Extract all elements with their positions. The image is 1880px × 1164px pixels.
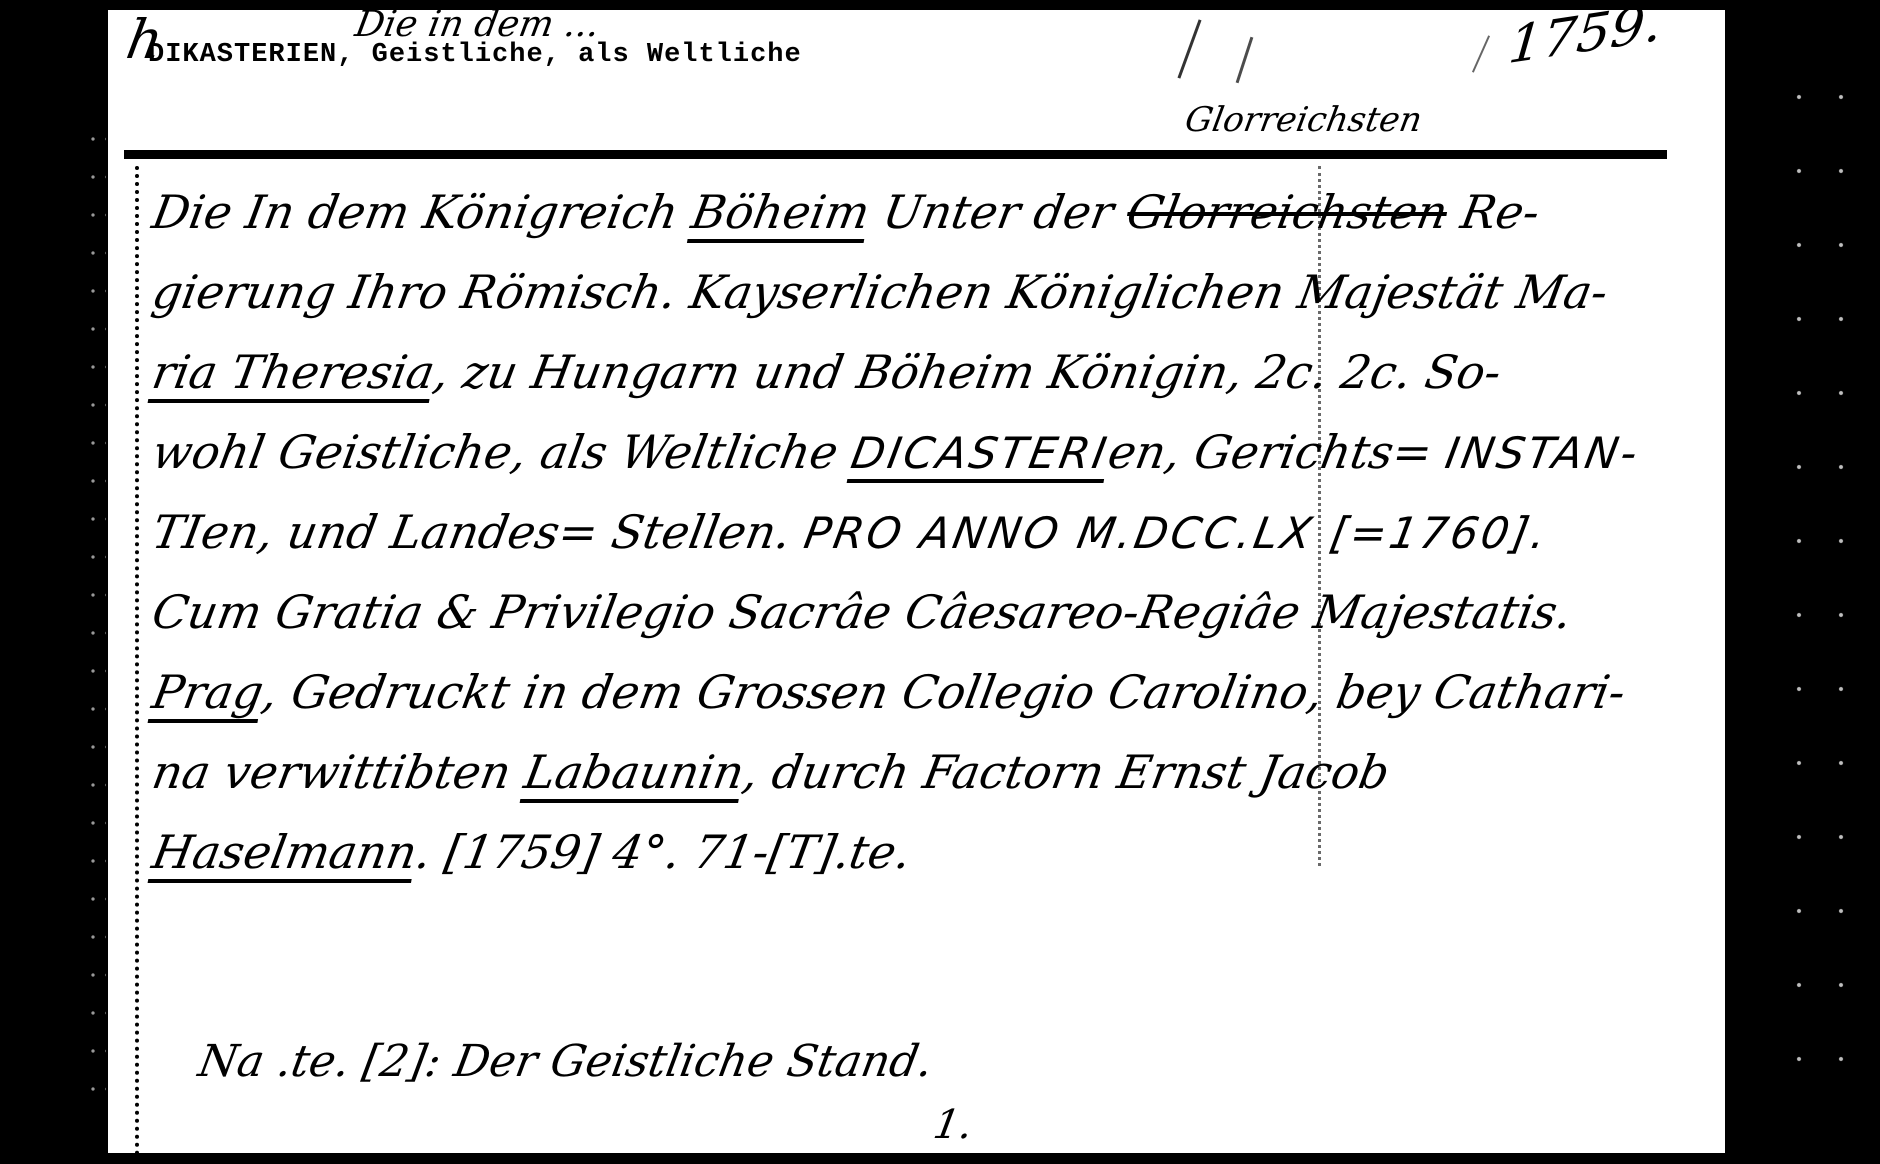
text-segment: , Gerichts=	[1161, 425, 1451, 479]
handwritten-line-7: Prag, Gedruckt in dem Grossen Collegio C…	[146, 652, 1632, 732]
handwritten-line-2: gierung Ihro Römisch. Kayserlichen König…	[146, 252, 1614, 332]
text-segment: Cum Gratia & Privilegio Sacrâe Câesareo-…	[148, 585, 1576, 639]
text-segment: wohl Geistliche, als Weltliche	[148, 425, 857, 479]
text-segment-underlined: Haselmann	[148, 825, 421, 879]
scan-noise-right	[1778, 60, 1862, 1100]
left-margin-line	[135, 166, 139, 1156]
handwritten-line-5: TIen, und Landes= Stellen. PRO ANNO M.DC…	[146, 492, 1556, 572]
text-segment-underlined: ria Theresia	[148, 345, 439, 399]
text-segment-latin: PRO ANNO M.DCC.LX [=1760].	[800, 509, 1552, 559]
text-segment-latin-underlined: DICASTERI	[847, 429, 1113, 479]
text-segment-underlined: Prag	[148, 665, 267, 719]
scan-noise-left	[86, 120, 106, 1100]
text-segment-struck: Glorreichsten	[1123, 185, 1452, 239]
text-segment-latin: INSTAN-	[1442, 429, 1644, 479]
handwritten-line-9: Haselmann. [1759] 4°. 71-[T].te.	[146, 812, 917, 892]
text-segment: , zu Hungarn und Böheim Königin, 2c. 2c.…	[430, 345, 1506, 399]
text-segment: Unter der	[864, 185, 1132, 239]
handwritten-line-8: na verwittibten Labaunin, durch Factorn …	[146, 732, 1396, 812]
text-segment: . [1759] 4°. 71-[T].te.	[412, 825, 915, 879]
text-segment-underlined: Böheim	[688, 185, 874, 239]
text-segment: , durch Factorn Ernst Jacob	[739, 745, 1394, 799]
handwritten-line-1: Die In dem Königreich Böheim Unter der G…	[146, 172, 1546, 252]
note-line: Na .te. [2]: Der Geistliche Stand.	[192, 1022, 939, 1102]
correction-annotation: Glorreichsten	[1182, 100, 1425, 140]
handwritten-line-3: ria Theresia, zu Hungarn und Böheim Köni…	[146, 332, 1508, 412]
text-segment: na verwittibten	[148, 745, 530, 799]
text-segment: gierung Ihro Römisch. Kayserlichen König…	[148, 265, 1612, 319]
handwritten-line-4: wohl Geistliche, als Weltliche DICASTERI…	[146, 412, 1647, 492]
handwritten-insertion: Die in dem ...	[352, 4, 603, 45]
text-segment: TIen, und Landes= Stellen.	[148, 505, 810, 559]
header-rule	[124, 150, 1667, 159]
handwritten-line-6: Cum Gratia & Privilegio Sacrâe Câesareo-…	[146, 572, 1578, 652]
text-segment-underlined: Labaunin	[520, 745, 748, 799]
text-segment: , Gedruckt in dem Grossen Collegio Carol…	[258, 665, 1630, 719]
text-segment: en	[1104, 425, 1170, 479]
scanned-catalog-card: h DIKASTERIEN, Geistliche, als Weltliche…	[0, 0, 1880, 1164]
page-number: 1.	[930, 1102, 976, 1148]
text-segment: Die In dem Königreich	[148, 185, 697, 239]
text-segment: Re-	[1442, 185, 1544, 239]
